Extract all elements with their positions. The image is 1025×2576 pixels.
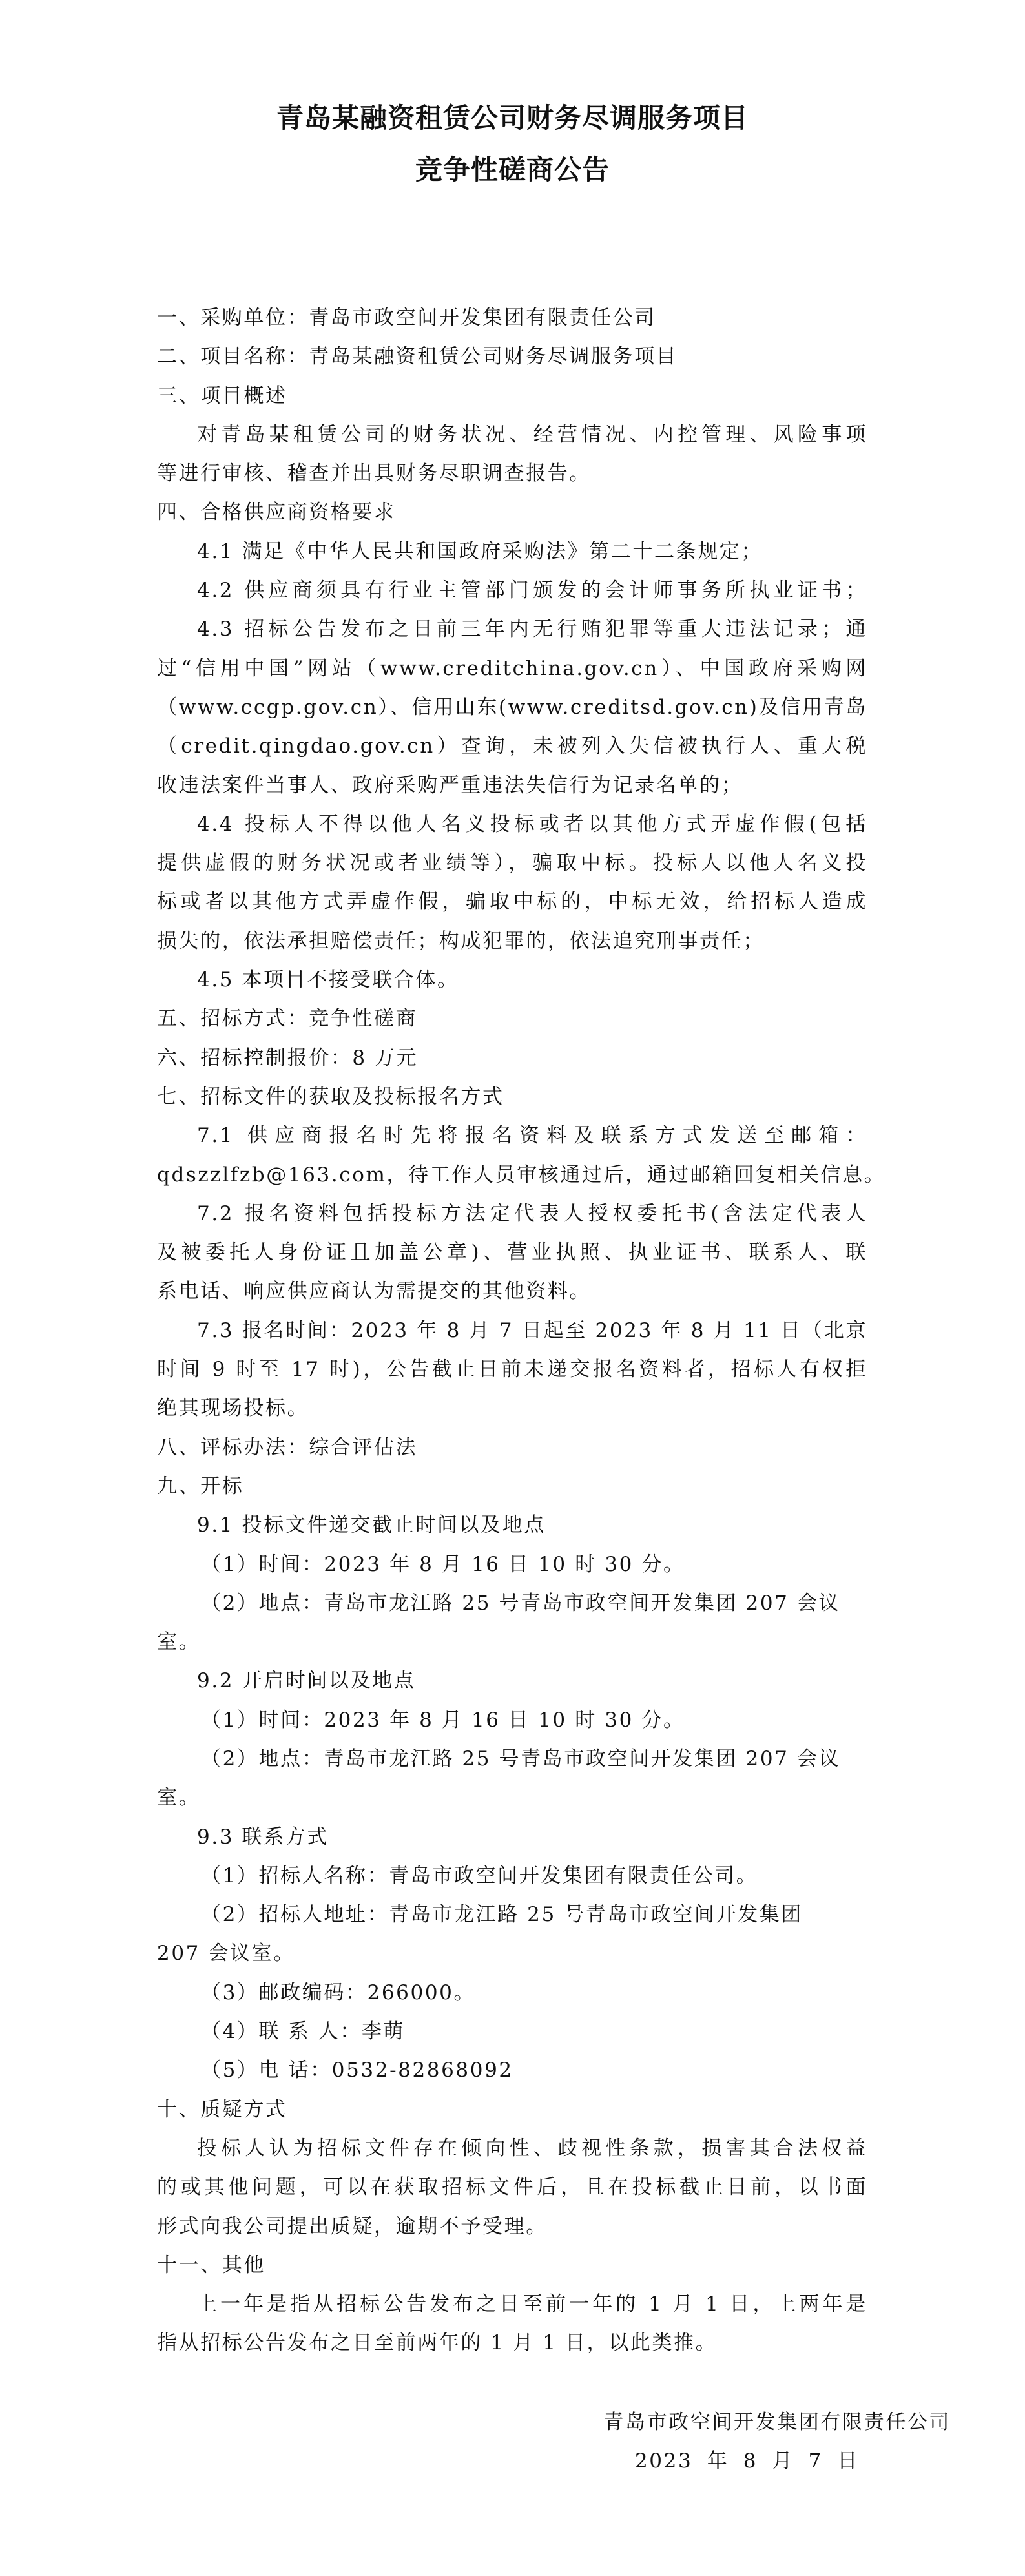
paragraph-line: 九、开标: [157, 1467, 867, 1506]
paragraph-line: 八、评标办法：综合评估法: [157, 1428, 867, 1467]
paragraph-line: 室。: [157, 1778, 867, 1817]
line-text: 四、合格供应商资格要求: [157, 501, 396, 524]
line-text: 时间 9 时至 17 时)，公告截止日前未递交报名资料者，招标人有权拒: [157, 1350, 867, 1389]
line-text: 系电话、响应供应商认为需提交的其他资料。: [157, 1280, 591, 1303]
line-text: （2）地点：青岛市龙江路 25 号青岛市政空间开发集团 207 会议: [201, 1747, 840, 1771]
paragraph-line: 7.2 报名资料包括投标方法定代表人授权委托书(含法定代表人: [157, 1194, 867, 1233]
line-text: 七、招标文件的获取及投标报名方式: [157, 1085, 504, 1108]
paragraph-line: 9.2 开启时间以及地点: [157, 1661, 867, 1700]
paragraph-line: 7.3 报名时间：2023 年 8 月 7 日起至 2023 年 8 月 11 …: [157, 1311, 867, 1350]
paragraph-line: 4.3 招标公告发布之日前三年内无行贿犯罪等重大违法记录；通: [157, 610, 867, 649]
paragraph-line: 4.1 满足《中华人民共和国政府采购法》第二十二条规定；: [157, 532, 867, 571]
paragraph-line: （5）电 话：0532-82868092: [157, 2051, 867, 2090]
document-body: 一、采购单位：青岛市政空间开发集团有限责任公司二、项目名称：青岛某融资租赁公司财…: [157, 298, 867, 2363]
paragraph-line: 207 会议室。: [157, 1934, 867, 1973]
paragraph-line: 收违法案件当事人、政府采购严重违法失信行为记录名单的；: [157, 766, 867, 805]
line-text: 室。: [157, 1630, 200, 1654]
line-text: 4.4 投标人不得以他人名义投标或者以其他方式弄虚作假(包括: [197, 805, 867, 844]
line-text: （4）联 系 人：李萌: [201, 2020, 405, 2043]
paragraph-line: （credit.qingdao.gov.cn）查询，未被列入失信被执行人、重大税: [157, 727, 867, 765]
line-text: 及被委托人身份证且加盖公章)、营业执照、执业证书、联系人、联: [157, 1233, 867, 1272]
paragraph-line: 二、项目名称：青岛某融资租赁公司财务尽调服务项目: [157, 337, 867, 376]
line-text: 一、采购单位：青岛市政空间开发集团有限责任公司: [157, 306, 656, 329]
paragraph-line: 五、招标方式：竞争性磋商: [157, 999, 867, 1038]
paragraph-line: 七、招标文件的获取及投标报名方式: [157, 1077, 867, 1116]
line-text: 上一年是指从招标公告发布之日至前一年的 1 月 1 日，上两年是: [197, 2285, 867, 2323]
line-text: 五、招标方式：竞争性磋商: [157, 1007, 417, 1030]
line-text: 7.2 报名资料包括投标方法定代表人授权委托书(含法定代表人: [197, 1194, 867, 1233]
line-text: 三、项目概述: [157, 384, 287, 408]
line-text: 4.3 招标公告发布之日前三年内无行贿犯罪等重大违法记录；通: [197, 610, 867, 649]
line-text: 八、评标办法：综合评估法: [157, 1436, 417, 1459]
paragraph-line: 9.3 联系方式: [157, 1818, 867, 1856]
paragraph-line: 4.4 投标人不得以他人名义投标或者以其他方式弄虚作假(包括: [157, 805, 867, 844]
line-text: 形式向我公司提出质疑，逾期不予受理。: [157, 2215, 548, 2238]
paragraph-line: 六、招标控制报价：8 万元: [157, 1039, 867, 1077]
paragraph-line: （2）地点：青岛市龙江路 25 号青岛市政空间开发集团 207 会议: [157, 1584, 867, 1623]
paragraph-line: （2）地点：青岛市龙江路 25 号青岛市政空间开发集团 207 会议: [157, 1740, 867, 1778]
line-text: 等进行审核、稽查并出具财务尽职调查报告。: [157, 462, 591, 485]
paragraph-line: qdszzlfzb@163.com，待工作人员审核通过后，通过邮箱回复相关信息。: [157, 1156, 867, 1194]
line-text: （1）招标人名称：青岛市政空间开发集团有限责任公司。: [201, 1864, 758, 1887]
paragraph-line: （3）邮政编码：266000。: [157, 1973, 867, 2012]
line-text: 9.1 投标文件递交截止时间以及地点: [197, 1513, 546, 1537]
line-text: 4.1 满足《中华人民共和国政府采购法》第二十二条规定；: [197, 540, 763, 563]
paragraph-line: 4.2 供应商须具有行业主管部门颁发的会计师事务所执业证书；: [157, 571, 867, 610]
paragraph-line: 4.5 本项目不接受联合体。: [157, 961, 867, 999]
paragraph-line: 及被委托人身份证且加盖公章)、营业执照、执业证书、联系人、联: [157, 1233, 867, 1272]
paragraph-line: 系电话、响应供应商认为需提交的其他资料。: [157, 1272, 867, 1311]
line-text: 九、开标: [157, 1475, 243, 1498]
line-text: （3）邮政编码：266000。: [201, 1981, 475, 2004]
line-text: 标或者以其他方式弄虚作假，骗取中标的，中标无效，给招标人造成: [157, 882, 867, 921]
line-text: （credit.qingdao.gov.cn）查询，未被列入失信被执行人、重大税: [157, 727, 867, 765]
line-text: （www.ccgp.gov.cn）、信用山东(www.creditsd.gov.…: [157, 688, 867, 727]
paragraph-line: 过“信用中国”网站（www.creditchina.gov.cn）、中国政府采购…: [157, 649, 867, 688]
line-text: 9.2 开启时间以及地点: [197, 1669, 415, 1692]
paragraph-line: 投标人认为招标文件存在倾向性、歧视性条款，损害其合法权益: [157, 2129, 867, 2168]
paragraph-line: （1）时间：2023 年 8 月 16 日 10 时 30 分。: [157, 1545, 867, 1584]
paragraph-line: 等进行审核、稽查并出具财务尽职调查报告。: [157, 454, 867, 493]
line-text: 绝其现场投标。: [157, 1397, 309, 1420]
paragraph-line: 对青岛某租赁公司的财务状况、经营情况、内控管理、风险事项: [157, 415, 867, 454]
line-text: 损失的，依法承担赔偿责任；构成犯罪的，依法追究刑事责任；: [157, 930, 765, 953]
paragraph-line: 四、合格供应商资格要求: [157, 493, 867, 532]
document-subtitle: 竞争性磋商公告: [0, 151, 1025, 189]
paragraph-line: （www.ccgp.gov.cn）、信用山东(www.creditsd.gov.…: [157, 688, 867, 727]
signature-date: 2023 年 8 月 7 日: [316, 2444, 962, 2473]
paragraph-line: 上一年是指从招标公告发布之日至前一年的 1 月 1 日，上两年是: [157, 2285, 867, 2323]
paragraph-line: 时间 9 时至 17 时)，公告截止日前未递交报名资料者，招标人有权拒: [157, 1350, 867, 1389]
line-text: 过“信用中国”网站（www.creditchina.gov.cn）、中国政府采购…: [157, 649, 867, 688]
line-text: 的或其他问题，可以在获取招标文件后，且在投标截止日前，以书面: [157, 2168, 867, 2207]
line-text: （1）时间：2023 年 8 月 16 日 10 时 30 分。: [201, 1553, 685, 1576]
line-text: （1）时间：2023 年 8 月 16 日 10 时 30 分。: [201, 1709, 685, 1732]
paragraph-line: 室。: [157, 1623, 867, 1661]
line-text: 207 会议室。: [157, 1942, 295, 1965]
paragraph-line: （1）时间：2023 年 8 月 16 日 10 时 30 分。: [157, 1701, 867, 1740]
paragraph-line: 损失的，依法承担赔偿责任；构成犯罪的，依法追究刑事责任；: [157, 922, 867, 961]
paragraph-line: 标或者以其他方式弄虚作假，骗取中标的，中标无效，给招标人造成: [157, 882, 867, 921]
line-text: 投标人认为招标文件存在倾向性、歧视性条款，损害其合法权益: [197, 2129, 867, 2168]
paragraph-line: 提供虚假的财务状况或者业绩等），骗取中标。投标人以他人名义投: [157, 844, 867, 882]
line-text: 4.2 供应商须具有行业主管部门颁发的会计师事务所执业证书；: [197, 571, 867, 610]
document-title: 青岛某融资租赁公司财务尽调服务项目: [0, 99, 1025, 138]
paragraph-line: 十、质疑方式: [157, 2090, 867, 2129]
line-text: 9.3 联系方式: [197, 1825, 329, 1849]
line-text: （2）招标人地址：青岛市龙江路 25 号青岛市政空间开发集团: [201, 1903, 803, 1926]
line-text: 室。: [157, 1786, 200, 1809]
line-text: 指从招标公告发布之日至前两年的 1 月 1 日，以此类推。: [157, 2331, 717, 2354]
paragraph-line: 9.1 投标文件递交截止时间以及地点: [157, 1506, 867, 1544]
paragraph-line: （1）招标人名称：青岛市政空间开发集团有限责任公司。: [157, 1856, 867, 1895]
paragraph-line: 7.1 供应商报名时先将报名资料及联系方式发送至邮箱：: [157, 1116, 867, 1155]
line-text: 对青岛某租赁公司的财务状况、经营情况、内控管理、风险事项: [197, 415, 867, 454]
paragraph-line: 三、项目概述: [157, 377, 867, 415]
line-text: 提供虚假的财务状况或者业绩等），骗取中标。投标人以他人名义投: [157, 844, 867, 882]
paragraph-line: 的或其他问题，可以在获取招标文件后，且在投标截止日前，以书面: [157, 2168, 867, 2207]
line-text: 十、质疑方式: [157, 2098, 287, 2121]
paragraph-line: 指从招标公告发布之日至前两年的 1 月 1 日，以此类推。: [157, 2323, 867, 2362]
paragraph-line: 一、采购单位：青岛市政空间开发集团有限责任公司: [157, 298, 867, 337]
line-text: （2）地点：青岛市龙江路 25 号青岛市政空间开发集团 207 会议: [201, 1592, 840, 1615]
line-text: 六、招标控制报价：8 万元: [157, 1046, 418, 1070]
line-text: 收违法案件当事人、政府采购严重违法失信行为记录名单的；: [157, 774, 743, 797]
line-text: 二、项目名称：青岛某融资租赁公司财务尽调服务项目: [157, 345, 678, 368]
line-text: 7.1 供应商报名时先将报名资料及联系方式发送至邮箱：: [197, 1116, 867, 1155]
paragraph-line: （2）招标人地址：青岛市龙江路 25 号青岛市政空间开发集团: [157, 1895, 867, 1934]
signature-organization: 青岛市政空间开发集团有限责任公司: [278, 2405, 988, 2435]
line-text: 4.5 本项目不接受联合体。: [197, 968, 459, 992]
line-text: （5）电 话：0532-82868092: [201, 2059, 513, 2082]
line-text: 十一、其他: [157, 2254, 265, 2277]
paragraph-line: （4）联 系 人：李萌: [157, 2012, 867, 2051]
paragraph-line: 形式向我公司提出质疑，逾期不予受理。: [157, 2207, 867, 2246]
line-text: qdszzlfzb@163.com，待工作人员审核通过后，通过邮箱回复相关信息。: [157, 1156, 867, 1194]
line-text: 7.3 报名时间：2023 年 8 月 7 日起至 2023 年 8 月 11 …: [197, 1311, 867, 1350]
paragraph-line: 十一、其他: [157, 2246, 867, 2285]
paragraph-line: 绝其现场投标。: [157, 1389, 867, 1428]
